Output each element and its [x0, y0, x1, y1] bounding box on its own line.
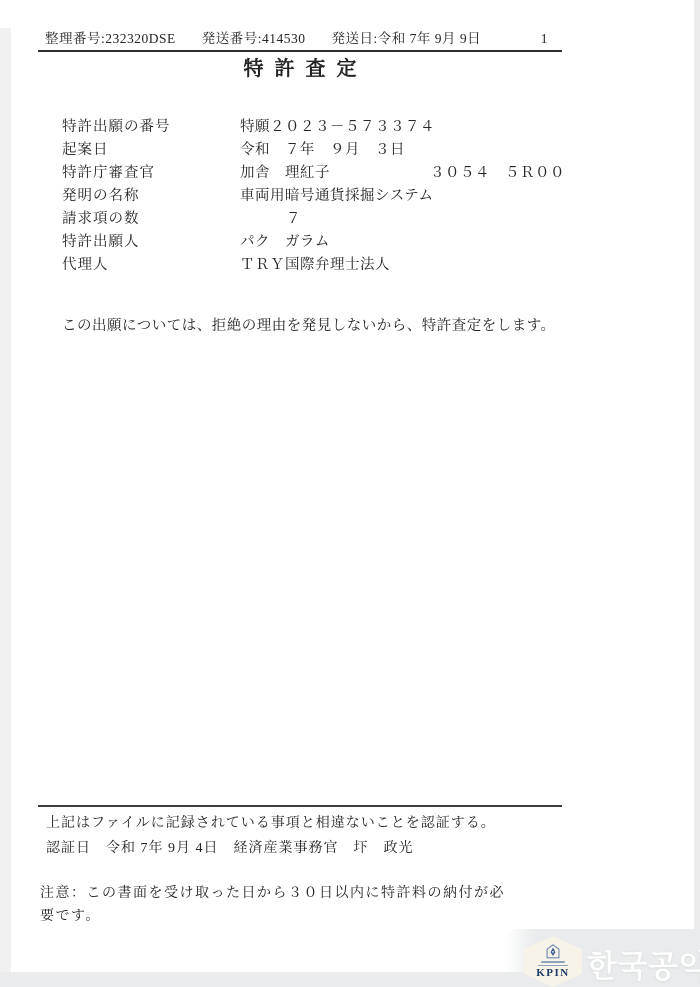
- dispatch-date: 発送日:令和 7年 9月 9日: [332, 27, 482, 47]
- page-number: 1: [541, 31, 556, 47]
- certification-divider: [38, 805, 562, 807]
- field-row-claims-count: 請求項の数 ７: [62, 208, 562, 231]
- patent-decision-document: 整理番号:232320DSE 発送番号:414530 発送日:令和 7年 9月 …: [0, 0, 700, 987]
- badge-small-text-lines: [538, 961, 568, 966]
- field-value: ７: [240, 208, 301, 231]
- reference-number: 整理番号:232320DSE: [45, 27, 176, 47]
- scan-edge-left: [0, 28, 11, 987]
- field-value: 特願２０２３－５７３３７４: [240, 116, 435, 139]
- field-row-applicant: 特許出願人 パク ガラム: [62, 231, 562, 254]
- field-label: 請求項の数: [62, 208, 240, 231]
- scan-edge-right: [694, 0, 700, 987]
- field-value: ＴＲＹ国際弁理士法人: [240, 254, 390, 277]
- certification-date-line: 認証日 令和 7年 9月 4日 経済産業事務官 圷 政光: [46, 837, 414, 857]
- pen-nib-icon: [545, 944, 561, 959]
- field-label: 特許出願の番号: [62, 116, 240, 139]
- field-row-examiner: 特許庁審査官 加舎 理紅子 ３０５４ ５Ｒ００: [62, 162, 562, 185]
- field-value: 令和 ７年 ９月 ３日: [240, 139, 405, 162]
- field-label: 特許出願人: [62, 231, 240, 254]
- korean-outlet-watermark: 한국공익신문: [587, 941, 700, 986]
- examiner-code: ３０５４ ５Ｒ００: [430, 162, 565, 185]
- field-row-drafting-date: 起案日 令和 ７年 ９月 ３日: [62, 139, 562, 162]
- field-value: パク ガラム: [240, 231, 330, 254]
- document-title: 特許査定: [38, 52, 562, 81]
- dispatch-number: 発送番号:414530: [202, 27, 306, 47]
- certification-statement: 上記はファイルに記録されている事項と相違ないことを認証する。: [46, 812, 496, 832]
- decision-statement: この出願については、拒絶の理由を発見しないから、特許査定をします。: [62, 318, 562, 335]
- field-value: 加舎 理紅子: [240, 162, 330, 185]
- field-label: 代理人: [62, 254, 240, 277]
- kpin-acronym: KPIN: [536, 968, 570, 979]
- field-label: 起案日: [62, 139, 240, 162]
- payment-notice-line1: 注意：この書面を受け取った日から３０日以内に特許料の納付が必: [40, 882, 505, 902]
- field-list: 特許出願の番号 特願２０２３－５７３３７４ 起案日 令和 ７年 ９月 ３日 特許…: [62, 116, 562, 277]
- field-label: 発明の名称: [62, 185, 240, 208]
- payment-notice-line2: 要です。: [40, 905, 101, 925]
- field-row-invention-title: 発明の名称 車両用暗号通貨採掘システム: [62, 185, 562, 208]
- field-label: 特許庁審査官: [62, 162, 240, 185]
- field-row-agent: 代理人 ＴＲＹ国際弁理士法人: [62, 254, 562, 277]
- field-value: 車両用暗号通貨採掘システム: [240, 185, 434, 208]
- field-row-application-number: 特許出願の番号 特願２０２３－５７３３７４: [62, 116, 562, 139]
- document-header: 整理番号:232320DSE 発送番号:414530 発送日:令和 7年 9月 …: [38, 27, 562, 52]
